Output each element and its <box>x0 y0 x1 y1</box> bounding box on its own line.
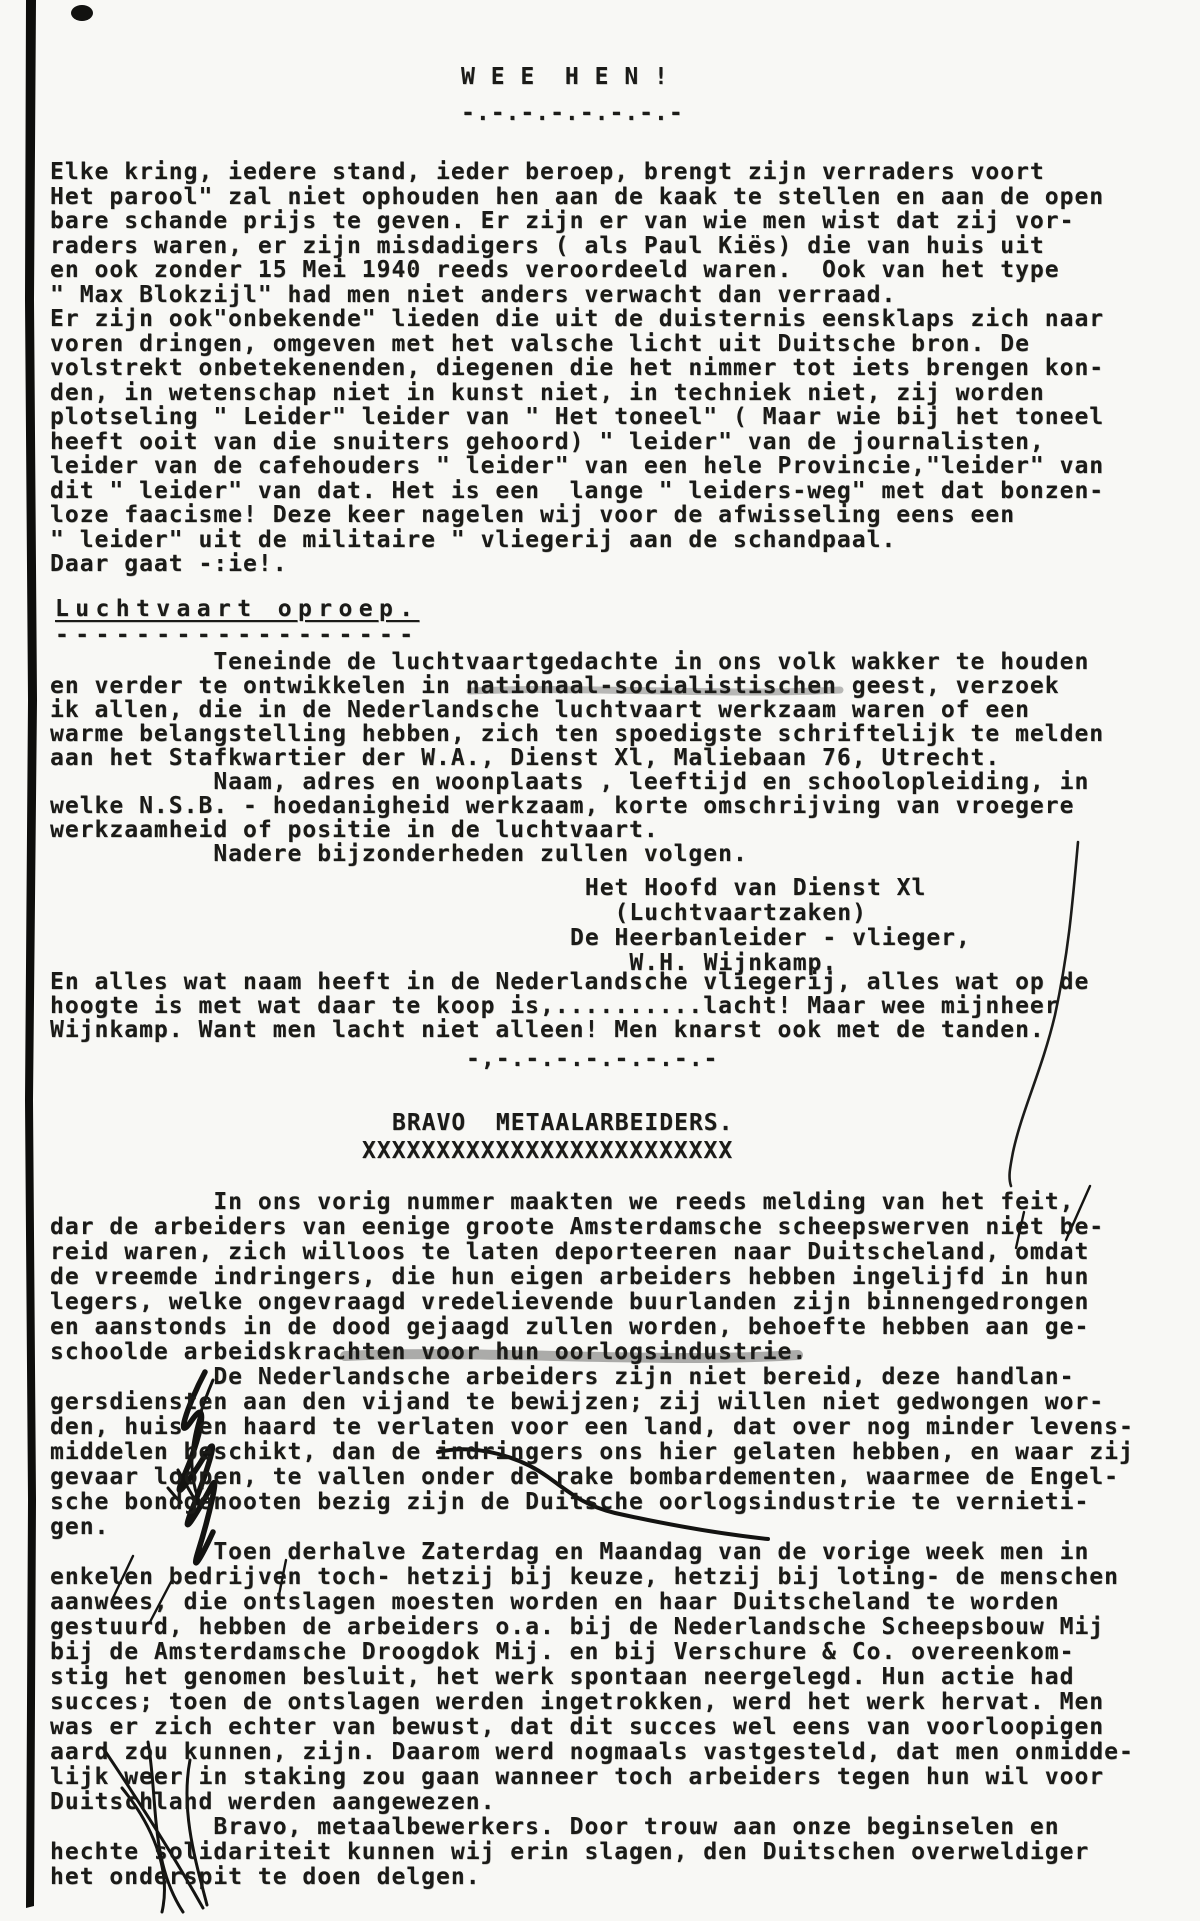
page-title: W E E H E N ! <box>461 64 669 90</box>
signature-block: Het Hoofd van Dienst Xl (Luchtvaartzaken… <box>570 876 971 976</box>
section-heading-luchtvaart: Luchtvaart oproep. <box>55 596 419 622</box>
section-divider: -,-.-.-.-.-.-.-.- <box>466 1046 718 1072</box>
bravo-paragraph: In ons vorig nummer maakten we reeds mel… <box>50 1190 1134 1890</box>
section-heading-bravo: BRAVO METAALARBEIDERS. <box>392 1110 734 1136</box>
scanned-page: W E E H E N ! -.-.-.-.-.-.-.- Elke kring… <box>0 0 1200 1921</box>
closing-paragraph: En alles wat naam heeft in de Nederlands… <box>50 970 1089 1042</box>
scan-edge-bar <box>25 0 37 1908</box>
section-heading-luchtvaart-underline: ------------------ <box>55 622 419 648</box>
ink-blob-top-left <box>71 5 93 21</box>
intro-paragraph: Elke kring, iedere stand, ieder beroep, … <box>50 160 1104 577</box>
section-heading-bravo-underline: XXXXXXXXXXXXXXXXXXXXXXXXX <box>362 1138 733 1164</box>
page-title-underline: -.-.-.-.-.-.-.- <box>461 100 684 126</box>
luchtvaart-paragraph: Teneinde de luchtvaartgedachte in ons vo… <box>50 650 1104 866</box>
